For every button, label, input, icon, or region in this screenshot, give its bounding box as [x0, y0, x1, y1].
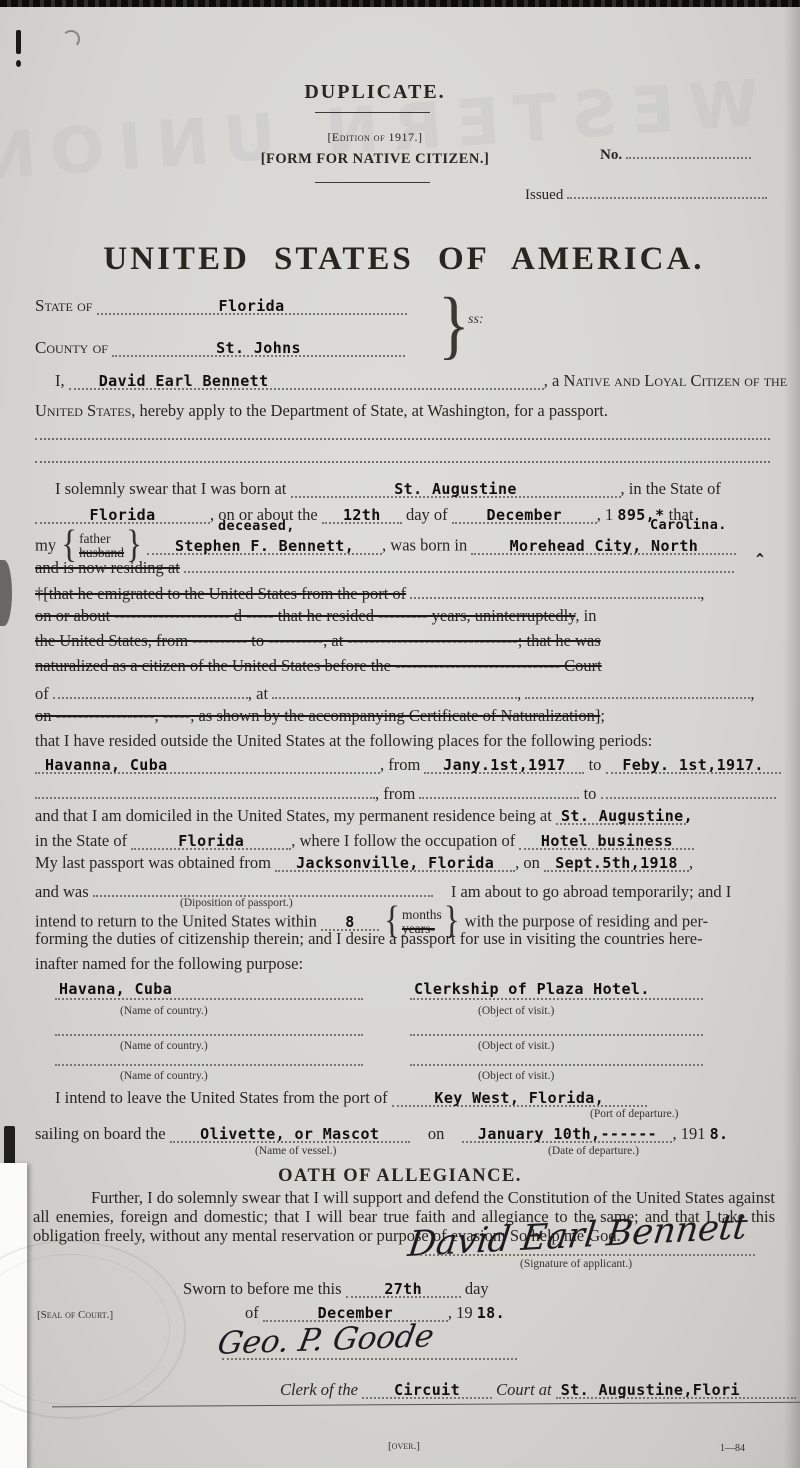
- passport-row: My last passport was obtained from Jacks…: [35, 853, 773, 873]
- state-row: State of Florida: [35, 296, 773, 316]
- forming-row: forming the duties of citizenship therei…: [35, 929, 773, 949]
- naturalization-row-2: on or about --------------------- d ----…: [35, 606, 773, 626]
- residing-blank: [184, 555, 734, 573]
- intro-row-1: I, David Earl Bennett, a Native and Loya…: [35, 371, 773, 391]
- country-blank-1: Havana, Cuba: [55, 980, 363, 1000]
- header-rule-2: [315, 182, 430, 183]
- sworn-day-value: 27th: [384, 1280, 422, 1298]
- comma-a: , a: [544, 371, 560, 390]
- county-label: County of: [35, 338, 108, 357]
- oath-heading: OATH OF ALLEGIANCE.: [0, 1166, 800, 1187]
- apply-clause: hereby apply to the Department of State,…: [140, 401, 609, 420]
- line2-end: , in: [575, 606, 596, 625]
- country-blank-2: [55, 1016, 363, 1036]
- clerk-signature: Geo. P. Goode: [215, 1318, 437, 1362]
- naturalization-row-1: †[that he emigrated to the United States…: [35, 581, 773, 604]
- applicant-name: David Earl Bennett: [99, 372, 269, 390]
- clerk-of-the-clause: Clerk of the: [280, 1380, 358, 1399]
- parent-name-value: Stephen F. Bennett,: [175, 537, 354, 555]
- issued-label: Issued: [525, 187, 563, 203]
- jurat-year-value: 18.: [477, 1304, 505, 1322]
- country-value-1: Havana, Cuba: [59, 980, 172, 998]
- from-label-1: , from: [380, 755, 420, 774]
- of-label: of: [35, 684, 49, 703]
- court-at-clause: Court at: [496, 1380, 551, 1399]
- departure-date-value: January 10th,------: [478, 1125, 657, 1143]
- county-row: County of St. Johns: [35, 338, 773, 358]
- domicile-state-blank: Florida: [131, 832, 291, 850]
- birth-month-blank: December: [452, 506, 597, 524]
- intro-row-2: United States, hereby apply to the Depar…: [35, 401, 773, 421]
- country-caption-3: (Name of country.): [120, 1070, 208, 1082]
- on-label: , on: [515, 853, 540, 872]
- departure-year-value: 8.: [710, 1125, 729, 1143]
- in-state-clause: , in the State of: [621, 479, 721, 498]
- object-value-1: Clerkship of Plaza Hotel.: [414, 980, 650, 998]
- forming-clause: forming the duties of citizenship therei…: [35, 929, 703, 948]
- date-caption: (Date of departure.): [548, 1145, 639, 1157]
- country-blank-3: [55, 1046, 363, 1066]
- number-label: No.: [600, 147, 622, 163]
- certificate-clause-struck: on ------------------, -----, as shown b…: [35, 706, 600, 725]
- ink-mark: [16, 30, 21, 54]
- edge-ink-blob: [0, 560, 12, 626]
- i-label: I,: [35, 371, 65, 390]
- in-state-of-clause: in the State of: [35, 831, 127, 850]
- disposition-blank: [93, 879, 433, 897]
- vessel-caption: (Name of vessel.): [255, 1145, 336, 1157]
- residence-intro: that I have resided outside the United S…: [35, 731, 652, 750]
- domicile-city-value: St. Augustine,: [561, 807, 693, 825]
- scan-right-shadow: [784, 0, 800, 1468]
- court-place-blank: St. Augustine,Flori: [556, 1381, 796, 1399]
- departure-on-label: on: [414, 1124, 459, 1143]
- venue-brace: }: [438, 282, 470, 369]
- court-name-blank: [53, 681, 248, 699]
- passport-application-document: WESTERN UNION DUPLICATE. [Edition of 191…: [0, 0, 800, 1468]
- residing-clause-struck: and is now residing at: [35, 558, 180, 577]
- obtained-from-clause: My last passport was obtained from: [35, 853, 271, 872]
- day-of-label: day of: [406, 505, 448, 524]
- separator-dotted-1: [35, 438, 770, 440]
- vessel-blank: Olivette, or Mascot: [170, 1125, 410, 1143]
- naturalization-row-6: on ------------------, -----, as shown b…: [35, 706, 773, 726]
- court-place-blank: [272, 681, 517, 699]
- months-option: months: [402, 907, 442, 922]
- emigrated-clause-struck: †[that he emigrated to the United States…: [35, 584, 406, 603]
- object-blank-3: [410, 1046, 703, 1066]
- us-from-to-struck: the United States, from ---------- to --…: [35, 631, 601, 650]
- issued-row: Issued: [525, 181, 775, 204]
- residence-from-blank: Jany.1st,1917: [424, 756, 584, 774]
- court-extra-blank: [525, 681, 750, 699]
- object-caption-3: (Object of visit.): [478, 1070, 554, 1082]
- return-number-value: 8: [345, 913, 354, 931]
- residence-to-value: Feby. 1st,1917.: [622, 756, 763, 774]
- emigrated-blank: [410, 581, 700, 599]
- was-born-in-clause: , was born in: [382, 536, 467, 555]
- header-rule-1: [315, 112, 430, 113]
- port-value: Key West, Florida,: [434, 1089, 604, 1107]
- obtained-place-blank: Jacksonville, Florida: [275, 854, 515, 872]
- sworn-row: Sworn to before me this 27th day: [183, 1279, 603, 1299]
- return-clause: intend to return to the United States wi…: [35, 912, 317, 931]
- ink-dot: [16, 60, 21, 67]
- naturalized-clause-struck: naturalized as a citizen of the United S…: [35, 656, 602, 675]
- naturalization-row-3: the United States, from ---------- to --…: [35, 631, 773, 651]
- port-row: I intend to leave the United States from…: [35, 1088, 773, 1108]
- united-states-label: United States,: [35, 401, 135, 420]
- to-label-1: to: [589, 755, 602, 774]
- parent-birthplace-blank: Morehead City, North: [471, 537, 736, 555]
- plate-number: 1—84: [720, 1443, 745, 1454]
- object-blank-1: Clerkship of Plaza Hotel.: [410, 980, 703, 1000]
- clerk-signature-line: [222, 1358, 517, 1360]
- scan-tear-mark: [4, 1126, 15, 1168]
- applicant-name-blank: David Earl Bennett: [69, 372, 544, 390]
- from-label-2: , from: [375, 784, 415, 803]
- number-blank: [626, 141, 751, 159]
- domicile-city-blank: St. Augustine,: [556, 807, 686, 825]
- sworn-clause: Sworn to before me this: [183, 1279, 342, 1298]
- domicile-state-value: Florida: [178, 832, 244, 850]
- issued-blank: [567, 181, 767, 199]
- my-label: my: [35, 536, 56, 555]
- day-label: day: [465, 1279, 489, 1298]
- port-clause: I intend to leave the United States from…: [35, 1088, 388, 1107]
- and-was-label: and was: [35, 882, 89, 901]
- birth-state-value: Florida: [89, 506, 155, 524]
- naturalization-row-4: naturalized as a citizen of the United S…: [35, 656, 773, 676]
- residence-to-blank: Feby. 1st,1917.: [606, 756, 781, 774]
- occupation-row: in the State of Florida, where I follow …: [35, 831, 773, 851]
- inafter-row: inafter named for the following purpose:: [35, 954, 773, 974]
- birth-state-blank: Florida: [35, 506, 210, 524]
- birth-month-value: December: [487, 506, 562, 524]
- birth-day-value: 12th: [343, 506, 381, 524]
- parent-birthplace-value: Morehead City, North: [510, 537, 699, 555]
- obtained-place-value: Jacksonville, Florida: [296, 854, 494, 872]
- disposition-row: and was I am about to go abroad temporar…: [35, 879, 773, 902]
- domicile-row: and that I am domiciled in the United St…: [35, 806, 773, 826]
- vessel-value: Olivette, or Mascot: [200, 1125, 379, 1143]
- county-value: St. Johns: [216, 339, 301, 357]
- port-caption: (Port of departure.): [590, 1108, 678, 1120]
- applicant-signature-caption: (Signature of applicant.): [520, 1258, 632, 1270]
- state-blank: Florida: [97, 297, 407, 315]
- state-label: State of: [35, 296, 92, 315]
- bottom-rule: [52, 1402, 800, 1408]
- document-title: UNITED STATES OF AMERICA.: [0, 241, 800, 278]
- residence-row-2: , from to: [35, 781, 773, 804]
- residing-row-struck: and is now residing at: [35, 555, 773, 578]
- residence-intro-row: that I have resided outside the United S…: [35, 731, 773, 751]
- obtained-date-value: Sept.5th,1918: [555, 854, 678, 872]
- birth-day-blank: 12th: [322, 506, 402, 524]
- residence-place-blank: Havanna, Cuba: [35, 756, 380, 774]
- occupation-clause: , where I follow the occupation of: [291, 831, 515, 850]
- clerk-row: Clerk of the Circuit Court at St. August…: [280, 1380, 800, 1400]
- naturalization-row-5: of , at , ,: [35, 681, 773, 704]
- port-blank: Key West, Florida,: [392, 1089, 647, 1107]
- year-prefix: , 1: [597, 505, 614, 524]
- residence-from-value: Jany.1st,1917: [443, 756, 566, 774]
- jurat-year-prefix: , 19: [448, 1303, 473, 1322]
- resided-clause-struck: on or about --------------------- d ----…: [35, 606, 575, 625]
- duplicate-heading: DUPLICATE.: [0, 81, 750, 104]
- birthplace-blank: St. Augustine: [291, 480, 621, 498]
- inafter-clause: inafter named for the following purpose:: [35, 954, 303, 973]
- sailing-clause: sailing on board the: [35, 1124, 166, 1143]
- departure-date-blank: January 10th,------: [462, 1125, 672, 1143]
- court-type-blank: Circuit: [362, 1381, 492, 1399]
- object-blank-2: [410, 1016, 703, 1036]
- sworn-day-blank: 27th: [346, 1280, 461, 1298]
- occupation-value: Hotel business: [541, 832, 673, 850]
- line5-comma-2: ,: [750, 684, 754, 703]
- applicant-signature-line: [420, 1254, 755, 1256]
- birthplace-value: St. Augustine: [394, 480, 517, 498]
- line5-comma-1: ,: [517, 684, 521, 703]
- line1-comma: ,: [700, 584, 704, 603]
- vessel-row: sailing on board the Olivette, or Mascot…: [35, 1124, 773, 1144]
- court-seal-impression: [0, 1240, 186, 1419]
- purpose-clause: with the purpose of residing and per-: [465, 912, 708, 931]
- ss-abbreviation: ss:: [468, 312, 484, 328]
- seal-of-court-label: [Seal of Court.]: [37, 1309, 113, 1321]
- father-option: father: [79, 531, 110, 546]
- over-label: [over.]: [388, 1440, 420, 1452]
- county-blank: St. Johns: [112, 339, 405, 357]
- state-value: Florida: [219, 297, 285, 315]
- born-at-clause: I solemnly swear that I was born at: [35, 479, 286, 498]
- passport-comma: ,: [689, 853, 693, 872]
- court-seal-inner-ring: [0, 1254, 170, 1405]
- court-place-value: St. Augustine,Flori: [561, 1381, 740, 1399]
- ink-curl-mark: [62, 30, 80, 48]
- birth-row-1: I solemnly swear that I was born at St. …: [35, 479, 773, 499]
- departure-year-prefix: , 191: [672, 1124, 705, 1143]
- residence-place-blank-2: [35, 781, 375, 799]
- residence-row-1: Havanna, Cuba, from Jany.1st,1917 to Feb…: [35, 755, 773, 775]
- separator-dotted-2: [35, 461, 770, 463]
- abroad-clause: I am about to go abroad temporarily; and…: [437, 882, 731, 901]
- at-label: , at: [248, 684, 268, 703]
- to-label-2: to: [584, 784, 597, 803]
- jurat-of-label: of: [245, 1303, 259, 1322]
- obtained-date-blank: Sept.5th,1918: [544, 854, 689, 872]
- residence-place-value: Havanna, Cuba: [45, 756, 168, 774]
- residence-to-blank-2: [601, 781, 776, 799]
- residence-from-blank-2: [419, 781, 579, 799]
- domicile-clause: and that I am domiciled in the United St…: [35, 806, 552, 825]
- line6-end: ;: [600, 706, 605, 725]
- parent-name-blank: Stephen F. Bennett,: [147, 537, 382, 555]
- scan-top-edge: [0, 0, 800, 7]
- occupation-blank: Hotel business: [519, 832, 694, 850]
- return-number-blank: 8: [321, 913, 379, 931]
- number-row: No.: [600, 141, 760, 164]
- citizen-clause: Native and Loyal Citizen of the: [563, 371, 787, 390]
- court-type-value: Circuit: [394, 1381, 460, 1399]
